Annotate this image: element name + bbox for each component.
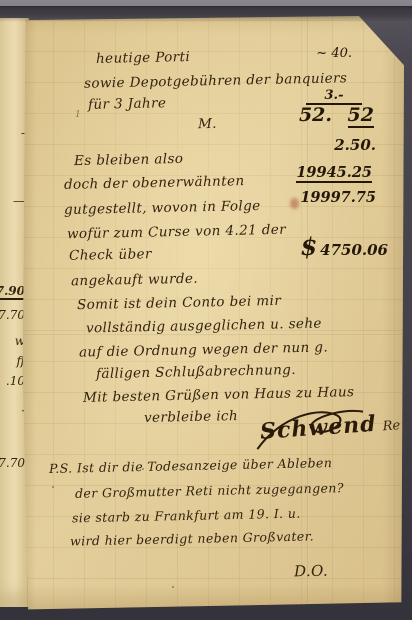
ink-stain [290,198,299,209]
signature-suffix: Re [382,418,400,434]
letter-page: 1 heutige Porti sowie Depotgebühren der … [22,16,404,610]
letter-line: heutige Porti [96,49,190,67]
margin-fragment-amount: 7.70 [0,456,25,470]
signature: SchwendRe [259,409,401,445]
currency-mark: M. [198,116,217,132]
margin-fragment: - [21,126,25,140]
margin-fragment-amount: .10 [6,374,25,388]
pencil-mark: 1 [75,110,81,120]
postscript-line: sie starb zu Frankfurt am 19. I. u. [72,506,301,526]
amount-total: 19997.75 [300,189,376,206]
dollar-symbol: $ [300,232,317,261]
horizontal-fold-crease [22,334,404,336]
postscript-line: P.S. Ist dir die Todesanzeige über Ableb… [49,455,332,476]
amount-postage: ~ 40. [316,46,352,61]
amount-sum-left: 52. [299,104,332,126]
letter-line: wofür zum Curse von 4.21 der [67,222,286,243]
letter-line: fälligen Schlußabrechnung. [96,362,296,382]
signature-name: Schwend [259,411,377,445]
amount-sum-right: 52 [348,104,374,128]
closing-initials: D.O. [294,562,328,581]
letter-line: vollständig ausgeglichen u. sehe [86,316,322,337]
amount-remainder: 2.50. [334,136,376,154]
letter-line: angekauft wurde. [71,271,198,290]
letter-line: für 3 Jahre [88,95,167,113]
letter-line: Es bleiben also [74,151,184,169]
check-amount: $4750.06 [300,232,388,261]
letter-photograph: - — 77.90 7.70 w ff .10 · 7.70 1 heutige… [0,0,412,620]
amount-deposit-fee: 3.- [306,88,362,105]
check-amount-value: 4750.06 [320,241,388,259]
amount-credited: 19945.25 [296,164,372,183]
margin-fragment-amount: 7.70 [0,308,25,322]
letter-line: verbleibe ich [144,408,238,426]
paper-speck [52,486,54,488]
postscript-line: der Großmutter Reti nicht zugegangen? [75,480,344,501]
letter-line: Check über [69,246,152,264]
postscript-line: wird hier beerdigt neben Großvater. [70,528,314,548]
margin-fragment: — [13,194,25,208]
letter-line: gutgestellt, wovon in Folge [64,198,261,218]
paper-speck [142,468,144,470]
letter-line: auf die Ordnung wegen der nun g. [79,339,328,360]
letter-line: doch der obenerwähnten [64,173,245,193]
margin-fragment-amount: 77.90 [0,284,25,300]
letter-line: Mit besten Grüßen von Haus zu Haus [83,384,355,406]
letter-line: Somit ist dein Conto bei mir [77,293,281,313]
paper-speck [172,586,174,588]
